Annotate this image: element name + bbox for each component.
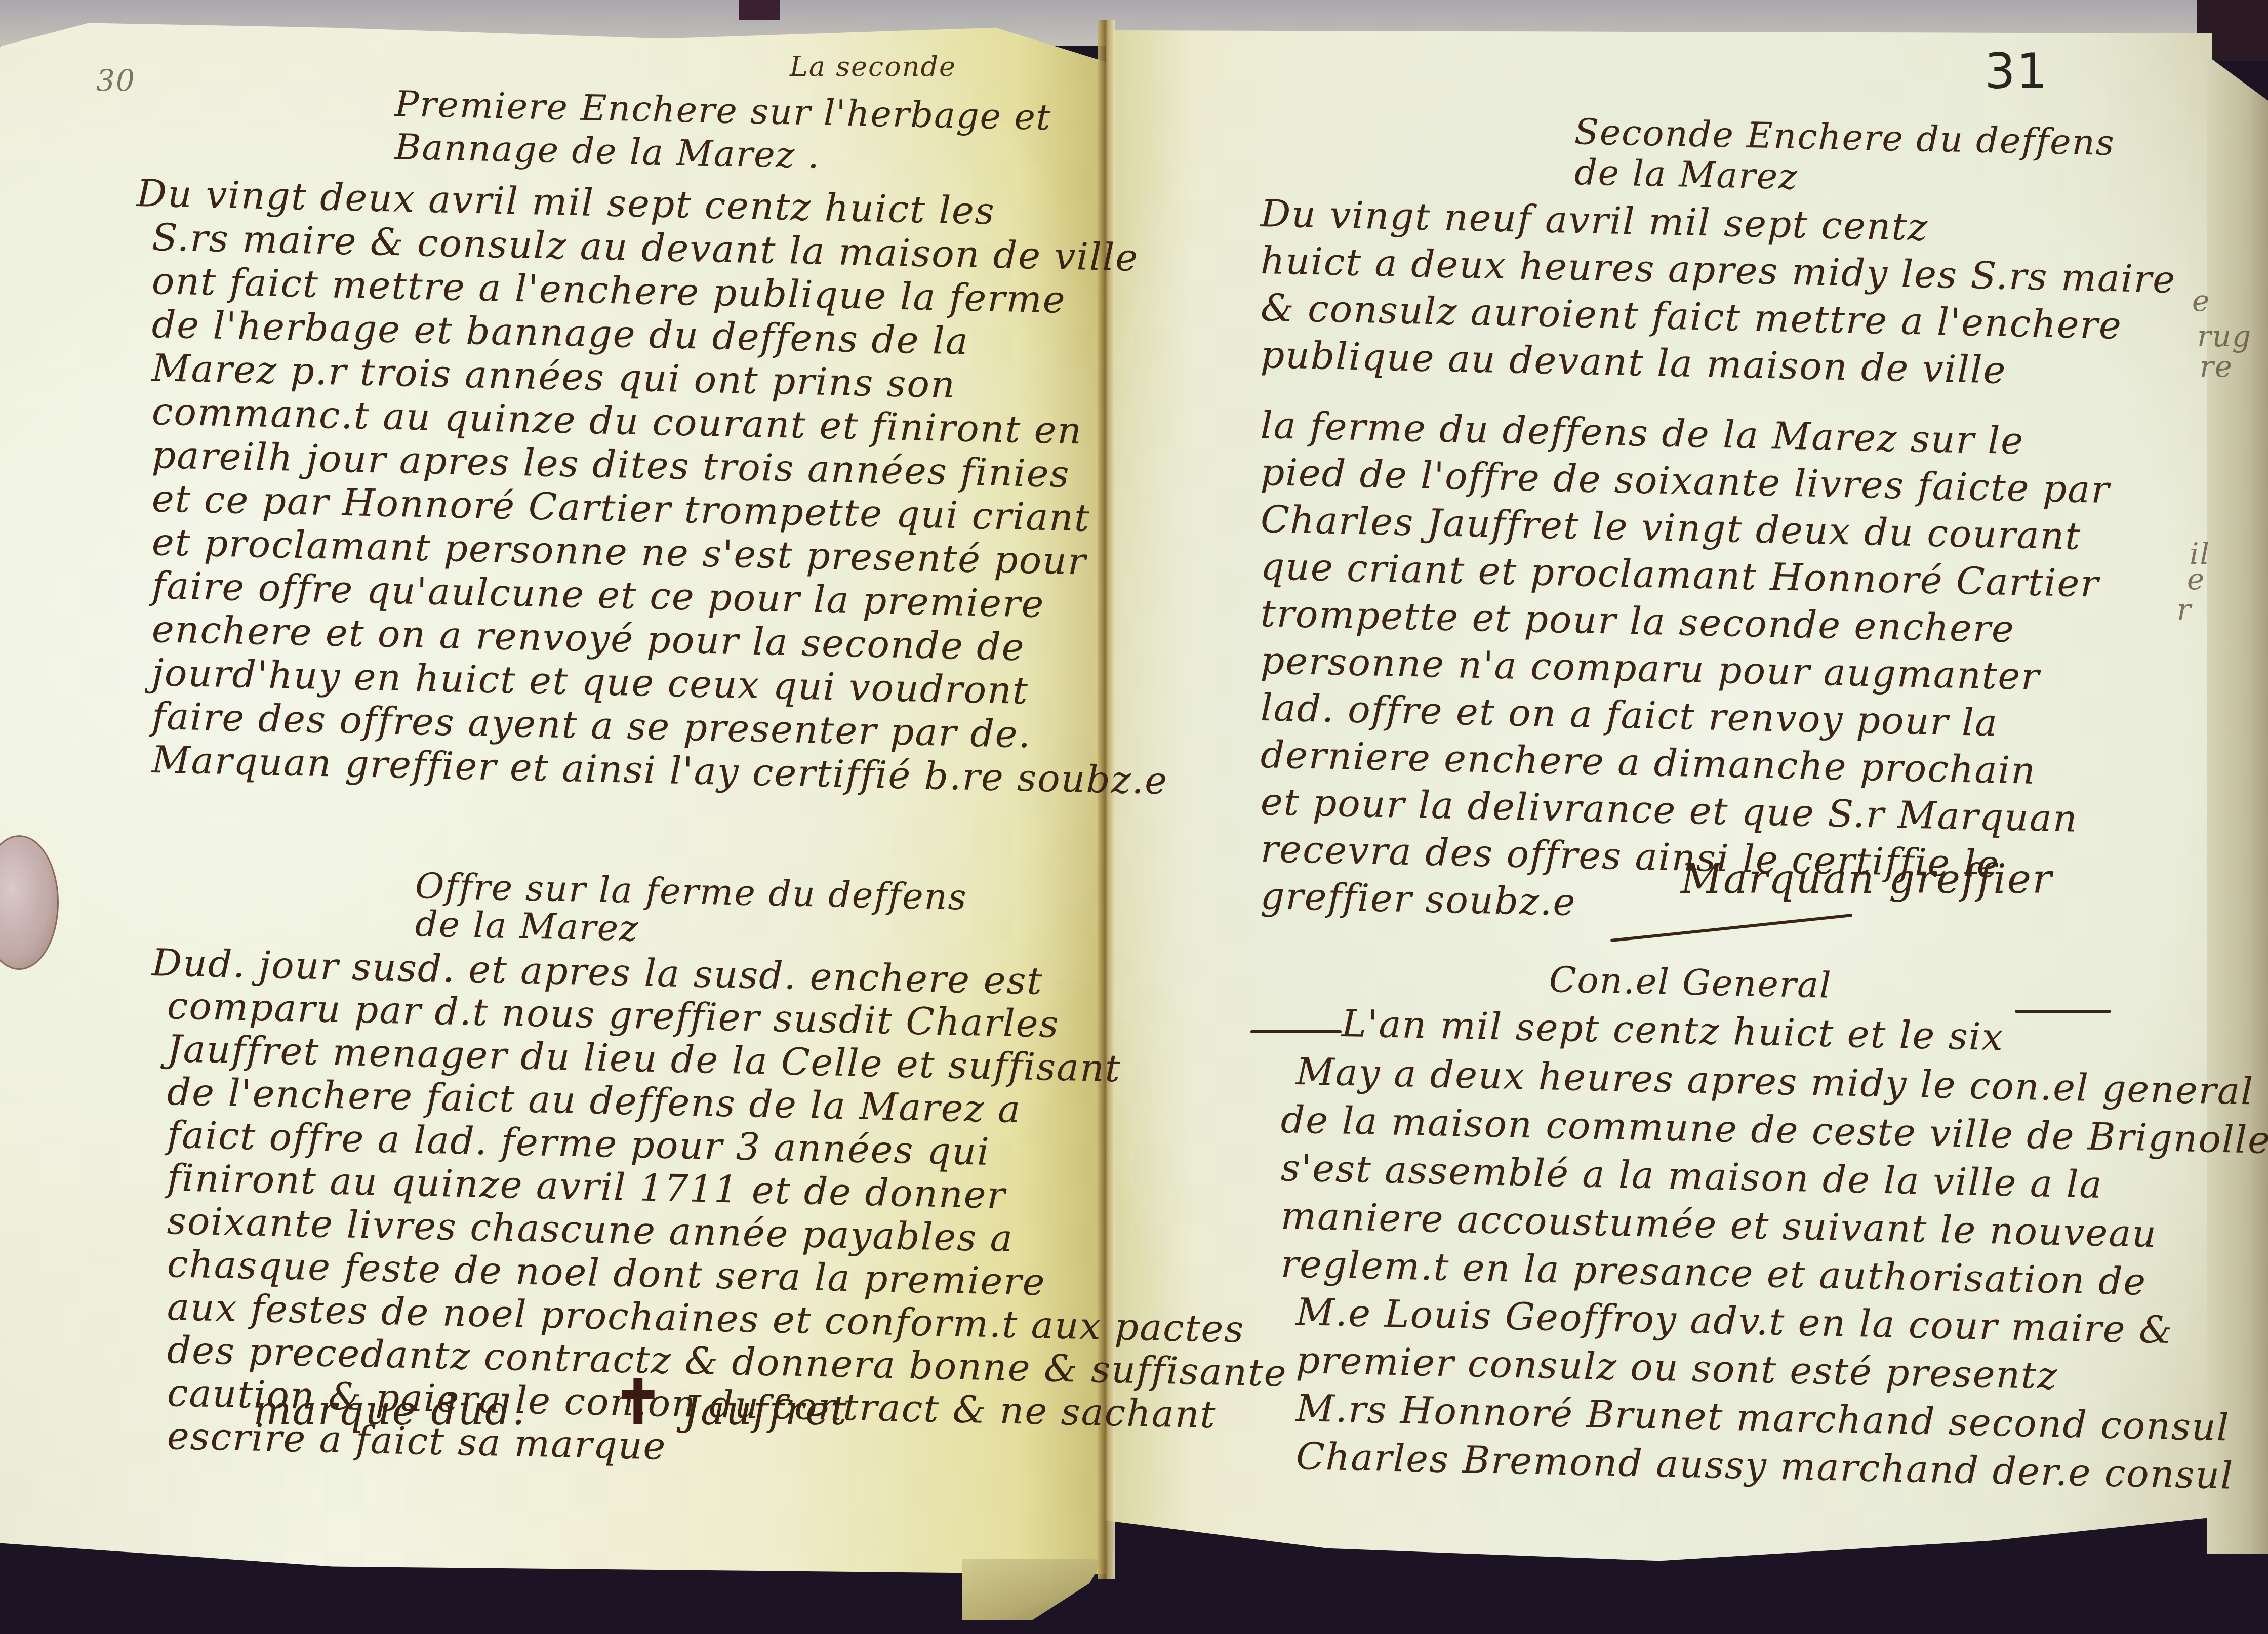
bleed-fragment: e [2192,283,2210,318]
cross-mark-icon: ✝ [613,1367,665,1438]
bleed-fragment: re [2200,349,2233,384]
bleed-fragment: rug [2197,319,2252,353]
folio-number: 31 [1984,43,2048,100]
book-scene: 30 La seconde Premiere Enchere sur l'her… [0,0,2268,1634]
bleed-fragment: e [2187,562,2205,596]
mark-name: Jauffret [683,1387,847,1434]
bleed-fragment: r [2177,592,2192,627]
text-line: greffier soubz.e [1260,877,1576,921]
left-section-2-heading-line-2: de la Marez [415,906,639,946]
right-heading-line-2: de la Marez [1574,154,1798,194]
line-end-flourish [2015,1010,2111,1013]
mark-label: marque dud. [253,1387,526,1434]
left-heading-line-2: Bannage de la Marez . [394,129,820,174]
margin-note-top: La seconde [790,51,956,83]
right-section-2-heading: Con.el General [1549,962,1832,1003]
worn-page-corner [962,1559,1104,1620]
greffier-signature: Marquan greffier [1681,855,2052,903]
line-lead-flourish [1250,1030,1342,1033]
page-stack-edge [2207,56,2268,1554]
background-dark-patch [739,0,780,20]
faint-corner-number: 30 [96,63,136,98]
